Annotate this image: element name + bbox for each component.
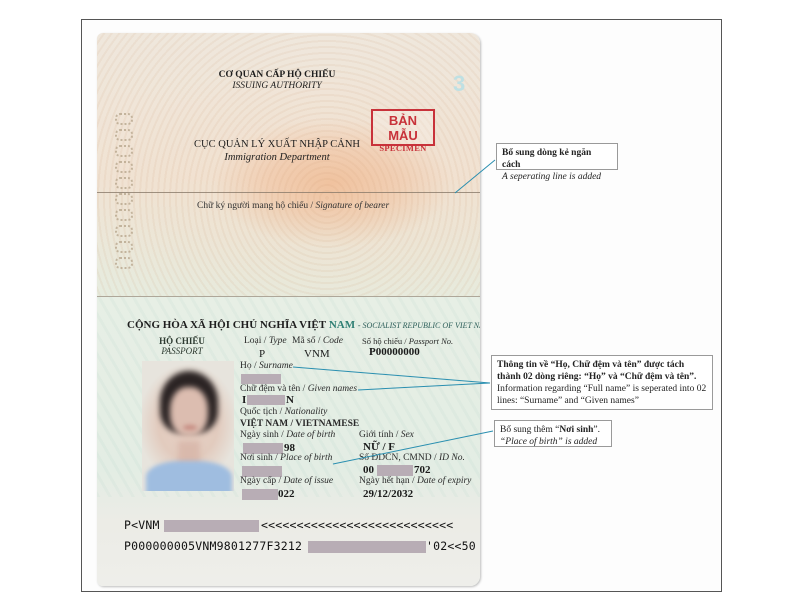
department-vi: CỤC QUẢN LÝ XUẤT NHẬP CẢNH (177, 139, 377, 150)
place-of-birth-label: Nơi sinh / Place of birth (240, 453, 332, 463)
id-no-label: Số ĐDCN, CMND / ID No. (359, 453, 465, 463)
mrz-line-1-redacted (164, 520, 259, 532)
date-of-issue-label: Ngày cấp / Date of issue (240, 476, 333, 486)
date-of-expiry-label: Ngày hết hạn / Date of expiry (359, 476, 471, 486)
mrz-line-2-start: P000000005VNM9801277F3212 (124, 539, 302, 553)
id-no-value-end: 702 (414, 464, 431, 476)
surname-label: Họ / Surname (240, 361, 293, 371)
page-number: 3 (453, 71, 465, 97)
doc-title-en: PASSPORT (147, 346, 217, 356)
perforated-number (115, 113, 137, 293)
given-names-label: Chữ đệm và tên / Given names (240, 384, 357, 394)
id-no-value-redacted (377, 465, 413, 476)
date-of-expiry-value: 29/12/2032 (363, 488, 413, 500)
separating-line (97, 192, 480, 193)
mrz-line-1-end: <<<<<<<<<<<<<<<<<<<<<<<<<<< (261, 518, 453, 532)
mrz-line-1-start: P<VNM (124, 518, 160, 532)
stamp-vi: BẢN MẪU (373, 113, 433, 143)
page-fold-line (97, 296, 480, 297)
holder-photo (142, 361, 234, 491)
given-names-value-start: I (242, 394, 246, 406)
issuing-authority-vi: CƠ QUAN CẤP HỘ CHIẾU (197, 70, 357, 80)
mrz-line-2-redacted (308, 541, 426, 553)
type-value: P (259, 348, 265, 360)
stamp-en: SPECIMEN (373, 143, 433, 153)
callout-full-name-split: Thông tin về “Họ, Chữ đệm và tên” được t… (491, 355, 713, 410)
type-label: Loại / Type (244, 336, 287, 346)
dob-label: Ngày sinh / Date of birth (240, 430, 335, 440)
surname-value-redacted (241, 374, 281, 384)
passport-no-label: Số hộ chiếu / Passport No. (362, 336, 453, 346)
issuing-authority-en: ISSUING AUTHORITY (197, 81, 357, 91)
callout-place-of-birth: Bổ sung thêm “Nơi sinh”. “Place of birth… (494, 420, 612, 447)
code-value: VNM (304, 348, 330, 360)
doc-title-vi: HỘ CHIẾU (147, 336, 217, 346)
callout-separating-line: Bổ sung dòng kẻ ngăn cách A seperating l… (496, 143, 618, 170)
mrz-line-2-end: '02<<50 (426, 539, 476, 553)
nationality-value: VIỆT NAM / VIETNAMESE (240, 419, 359, 429)
id-no-value-start: 00 (363, 464, 374, 476)
date-of-issue-value-end: 022 (278, 488, 295, 500)
passport-page-spread: 3 CƠ QUAN CẤP HỘ CHIẾU ISSUING AUTHORITY… (97, 33, 480, 586)
country-name: CỘNG HÒA XÃ HỘI CHỦ NGHĨA VIỆT NAM - SOC… (127, 319, 480, 331)
department-en: Immigration Department (177, 152, 377, 163)
signature-label: Chữ ký người mang hộ chiếu / Signature o… (197, 201, 389, 211)
specimen-stamp: BẢN MẪU SPECIMEN (371, 109, 435, 146)
passport-no-value: P00000000 (369, 346, 420, 358)
nationality-label: Quốc tịch / Nationality (240, 407, 327, 417)
code-label: Mã số / Code (292, 336, 343, 346)
date-of-issue-value-redacted (242, 489, 278, 500)
sex-value: NỮ / F (363, 441, 395, 453)
given-names-value-end: N (286, 394, 294, 406)
given-names-value-redacted (247, 395, 285, 405)
sex-label: Giới tính / Sex (359, 430, 414, 440)
